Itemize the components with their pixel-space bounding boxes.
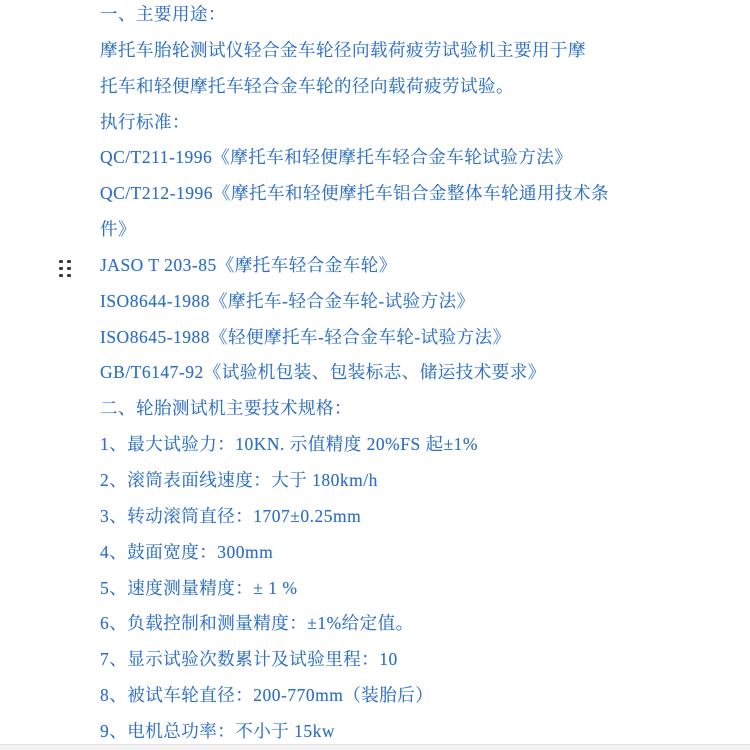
standard-item: ISO8644-1988《摩托车-轻合金车轮-试验方法》	[100, 284, 670, 320]
document-text-block: 一、主要用途： 摩托车胎轮测试仪轻合金车轮径向载荷疲劳试验机主要用于摩 托车和轻…	[100, 0, 670, 750]
paragraph-line: 托车和轻便摩托车轻合金车轮的径向载荷疲劳试验。	[100, 69, 670, 105]
drag-handle-dot	[67, 267, 71, 271]
document-page: 一、主要用途： 摩托车胎轮测试仪轻合金车轮径向载荷疲劳试验机主要用于摩 托车和轻…	[0, 0, 750, 750]
spec-item: 7、显示试验次数累计及试验里程：10	[100, 642, 670, 678]
spec-item: 3、转动滚筒直径：1707±0.25mm	[100, 499, 670, 535]
horizontal-scrollbar-track[interactable]	[0, 744, 750, 750]
paragraph-line: 摩托车胎轮测试仪轻合金车轮径向载荷疲劳试验机主要用于摩	[100, 33, 670, 69]
drag-handle-dot	[67, 274, 71, 278]
spec-item: 5、速度测量精度：± 1 %	[100, 571, 670, 607]
spec-item: 6、负载控制和测量精度：±1%给定值。	[100, 606, 670, 642]
standard-item-wrap: 件》	[100, 212, 670, 248]
drag-handle-dot	[59, 260, 63, 264]
standard-item: QC/T212-1996《摩托车和轻便摩托车铝合金整体车轮通用技术条	[100, 176, 670, 212]
spec-item: 2、滚筒表面线速度：大于 180km/h	[100, 463, 670, 499]
spec-item: 8、被试车轮直径：200-770mm（装胎后）	[100, 678, 670, 714]
section-heading-specs: 二、轮胎测试机主要技术规格：	[100, 391, 670, 427]
drag-handle-icon[interactable]	[57, 258, 73, 279]
section-heading-standards: 执行标准：	[100, 105, 670, 141]
standard-item: JASO T 203-85《摩托车轻合金车轮》	[100, 248, 670, 284]
section-heading-main-use: 一、主要用途：	[100, 0, 670, 33]
spec-item: 4、鼓面宽度：300mm	[100, 535, 670, 571]
drag-handle-dot	[59, 267, 63, 271]
drag-handle-dot	[67, 260, 71, 264]
standard-item: GB/T6147-92《试验机包装、包装标志、储运技术要求》	[100, 355, 670, 391]
standard-item: ISO8645-1988《轻便摩托车-轻合金车轮-试验方法》	[100, 320, 670, 356]
drag-handle-dot	[59, 274, 63, 278]
spec-item: 1、最大试验力：10KN. 示值精度 20%FS 起±1%	[100, 427, 670, 463]
standard-item: QC/T211-1996《摩托车和轻便摩托车轻合金车轮试验方法》	[100, 140, 670, 176]
